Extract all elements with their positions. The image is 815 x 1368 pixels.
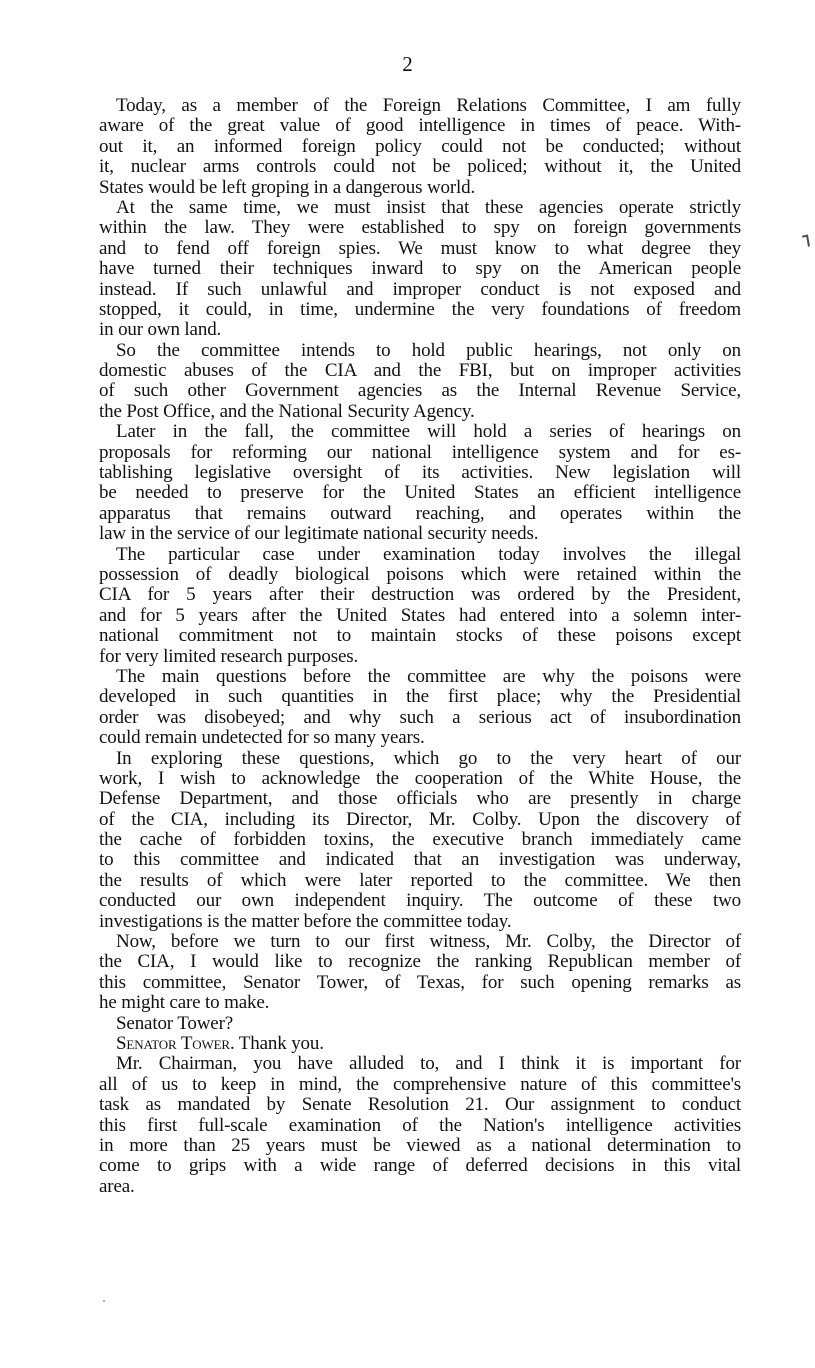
text-line: area.	[99, 1177, 741, 1197]
text-line: aware of the great value of good intelli…	[99, 116, 741, 136]
text-line: all of us to keep in mind, the comprehen…	[99, 1075, 741, 1095]
paragraph: Senator Tower?	[99, 1014, 741, 1034]
text-line: apparatus that remains outward reaching,…	[99, 504, 741, 524]
paragraph: In exploring these questions, which go t…	[99, 749, 741, 933]
text-line: in more than 25 years must be viewed as …	[99, 1136, 741, 1156]
text-line: within the law. They were established to…	[99, 218, 741, 238]
paragraph: Today, as a member of the Foreign Relati…	[99, 96, 741, 198]
text-line: the cache of forbidden toxins, the execu…	[99, 830, 741, 850]
paragraph: At the same time, we must insist that th…	[99, 198, 741, 341]
text-line: law in the service of our legitimate nat…	[99, 524, 741, 544]
text-line: the CIA, I would like to recognize the r…	[99, 952, 741, 972]
text-line: come to grips with a wide range of defer…	[99, 1156, 741, 1176]
text-line: tablishing legislative oversight of its …	[99, 463, 741, 483]
text-line: and to fend off foreign spies. We must k…	[99, 239, 741, 259]
text-line: Defense Department, and those officials …	[99, 789, 741, 809]
paragraph: So the committee intends to hold public …	[99, 341, 741, 423]
paragraph: Senator Tower. Thank you.	[99, 1034, 741, 1054]
text-line: to this committee and indicated that an …	[99, 850, 741, 870]
text-line: the results of which were later reported…	[99, 871, 741, 891]
text-line: In exploring these questions, which go t…	[99, 749, 741, 769]
text-line: task as mandated by Senate Resolution 21…	[99, 1095, 741, 1115]
text-line: States would be left groping in a danger…	[99, 178, 741, 198]
text-line: Senator Tower. Thank you.	[99, 1034, 741, 1054]
text-line: Mr. Chairman, you have alluded to, and I…	[99, 1054, 741, 1074]
text-line: The particular case under examination to…	[99, 545, 741, 565]
paragraph: The particular case under examination to…	[99, 545, 741, 667]
speaker-text: Thank you.	[235, 1033, 324, 1054]
text-line: of the CIA, including its Director, Mr. …	[99, 810, 741, 830]
text-line: conducted our own independent inquiry. T…	[99, 891, 741, 911]
text-line: could remain undetected for so many year…	[99, 728, 741, 748]
document-page: 2 Today, as a member of the Foreign Rela…	[0, 0, 815, 1368]
paragraph: The main questions before the committee …	[99, 667, 741, 749]
text-line: order was disobeyed; and why such a seri…	[99, 708, 741, 728]
text-line: the Post Office, and the National Securi…	[99, 402, 741, 422]
text-line: possession of deadly biological poisons …	[99, 565, 741, 585]
text-line: domestic abuses of the CIA and the FBI, …	[99, 361, 741, 381]
paragraph: Later in the fall, the committee will ho…	[99, 422, 741, 544]
text-line: work, I wish to acknowledge the cooperat…	[99, 769, 741, 789]
text-line: investigations is the matter before the …	[99, 912, 741, 932]
scan-speck	[103, 1300, 105, 1302]
text-line: out it, an informed foreign policy could…	[99, 137, 741, 157]
page-number: 2	[0, 52, 815, 76]
text-line: Senator Tower?	[99, 1014, 741, 1034]
text-line: Later in the fall, the committee will ho…	[99, 422, 741, 442]
text-line: Today, as a member of the Foreign Relati…	[99, 96, 741, 116]
text-line: have turned their techniques inward to s…	[99, 259, 741, 279]
text-line: national commitment not to maintain stoc…	[99, 626, 741, 646]
text-line: CIA for 5 years after their destruction …	[99, 585, 741, 605]
text-line: developed in such quantities in the firs…	[99, 687, 741, 707]
text-line: this first full-scale examination of the…	[99, 1116, 741, 1136]
speaker-name: Senator Tower.	[116, 1033, 235, 1054]
text-line: instead. If such unlawful and improper c…	[99, 280, 741, 300]
text-line: of such other Government agencies as the…	[99, 381, 741, 401]
paragraph: Mr. Chairman, you have alluded to, and I…	[99, 1054, 741, 1197]
text-line: and for 5 years after the United States …	[99, 606, 741, 626]
text-line: Now, before we turn to our first witness…	[99, 932, 741, 952]
scan-artifact-mark	[802, 235, 810, 248]
text-line: he might care to make.	[99, 993, 741, 1013]
paragraph: Now, before we turn to our first witness…	[99, 932, 741, 1014]
text-line: So the committee intends to hold public …	[99, 341, 741, 361]
text-line: it, nuclear arms controls could not be p…	[99, 157, 741, 177]
text-line: proposals for reforming our national int…	[99, 443, 741, 463]
text-line: in our own land.	[99, 320, 741, 340]
text-line: stopped, it could, in time, undermine th…	[99, 300, 741, 320]
text-line: be needed to preserve for the United Sta…	[99, 483, 741, 503]
text-line: At the same time, we must insist that th…	[99, 198, 741, 218]
text-line: for very limited research purposes.	[99, 647, 741, 667]
text-line: this committee, Senator Tower, of Texas,…	[99, 973, 741, 993]
text-line: The main questions before the committee …	[99, 667, 741, 687]
body-text: Today, as a member of the Foreign Relati…	[99, 96, 741, 1197]
